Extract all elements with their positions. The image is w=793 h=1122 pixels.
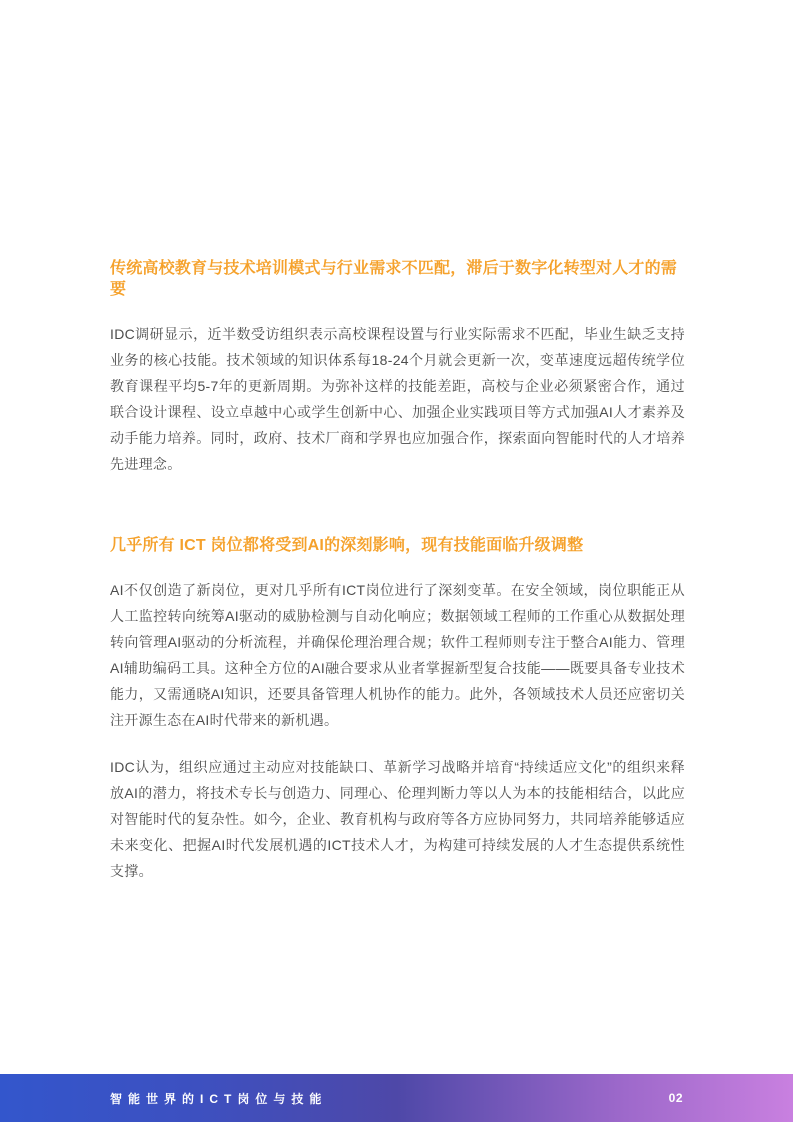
page-content: 传统高校教育与技术培训模式与行业需求不匹配，滞后于数字化转型对人才的需要 IDC…	[110, 0, 685, 884]
section-education-gap: 传统高校教育与技术培训模式与行业需求不匹配，滞后于数字化转型对人才的需要 IDC…	[110, 258, 685, 477]
section-ict-roles-ai-impact: 几乎所有 ICT 岗位都将受到AI的深刻影响，现有技能面临升级调整 AI不仅创造…	[110, 535, 685, 884]
paragraph: IDC调研显示，近半数受访组织表示高校课程设置与行业实际需求不匹配，毕业生缺乏支…	[110, 321, 685, 477]
section-heading: 几乎所有 ICT 岗位都将受到AI的深刻影响，现有技能面临升级调整	[110, 535, 685, 556]
document-page: 传统高校教育与技术培训模式与行业需求不匹配，滞后于数字化转型对人才的需要 IDC…	[0, 0, 793, 1122]
paragraph: IDC认为，组织应通过主动应对技能缺口、革新学习战略并培育“持续适应文化”的组织…	[110, 754, 685, 884]
footer-report-title: 智能世界的ICT岗位与技能	[0, 1090, 327, 1107]
page-number: 02	[669, 1091, 793, 1105]
section-heading: 传统高校教育与技术培训模式与行业需求不匹配，滞后于数字化转型对人才的需要	[110, 258, 685, 300]
paragraph: AI不仅创造了新岗位，更对几乎所有ICT岗位进行了深刻变革。在安全领域，岗位职能…	[110, 577, 685, 733]
page-footer: 智能世界的ICT岗位与技能 02	[0, 1074, 793, 1122]
